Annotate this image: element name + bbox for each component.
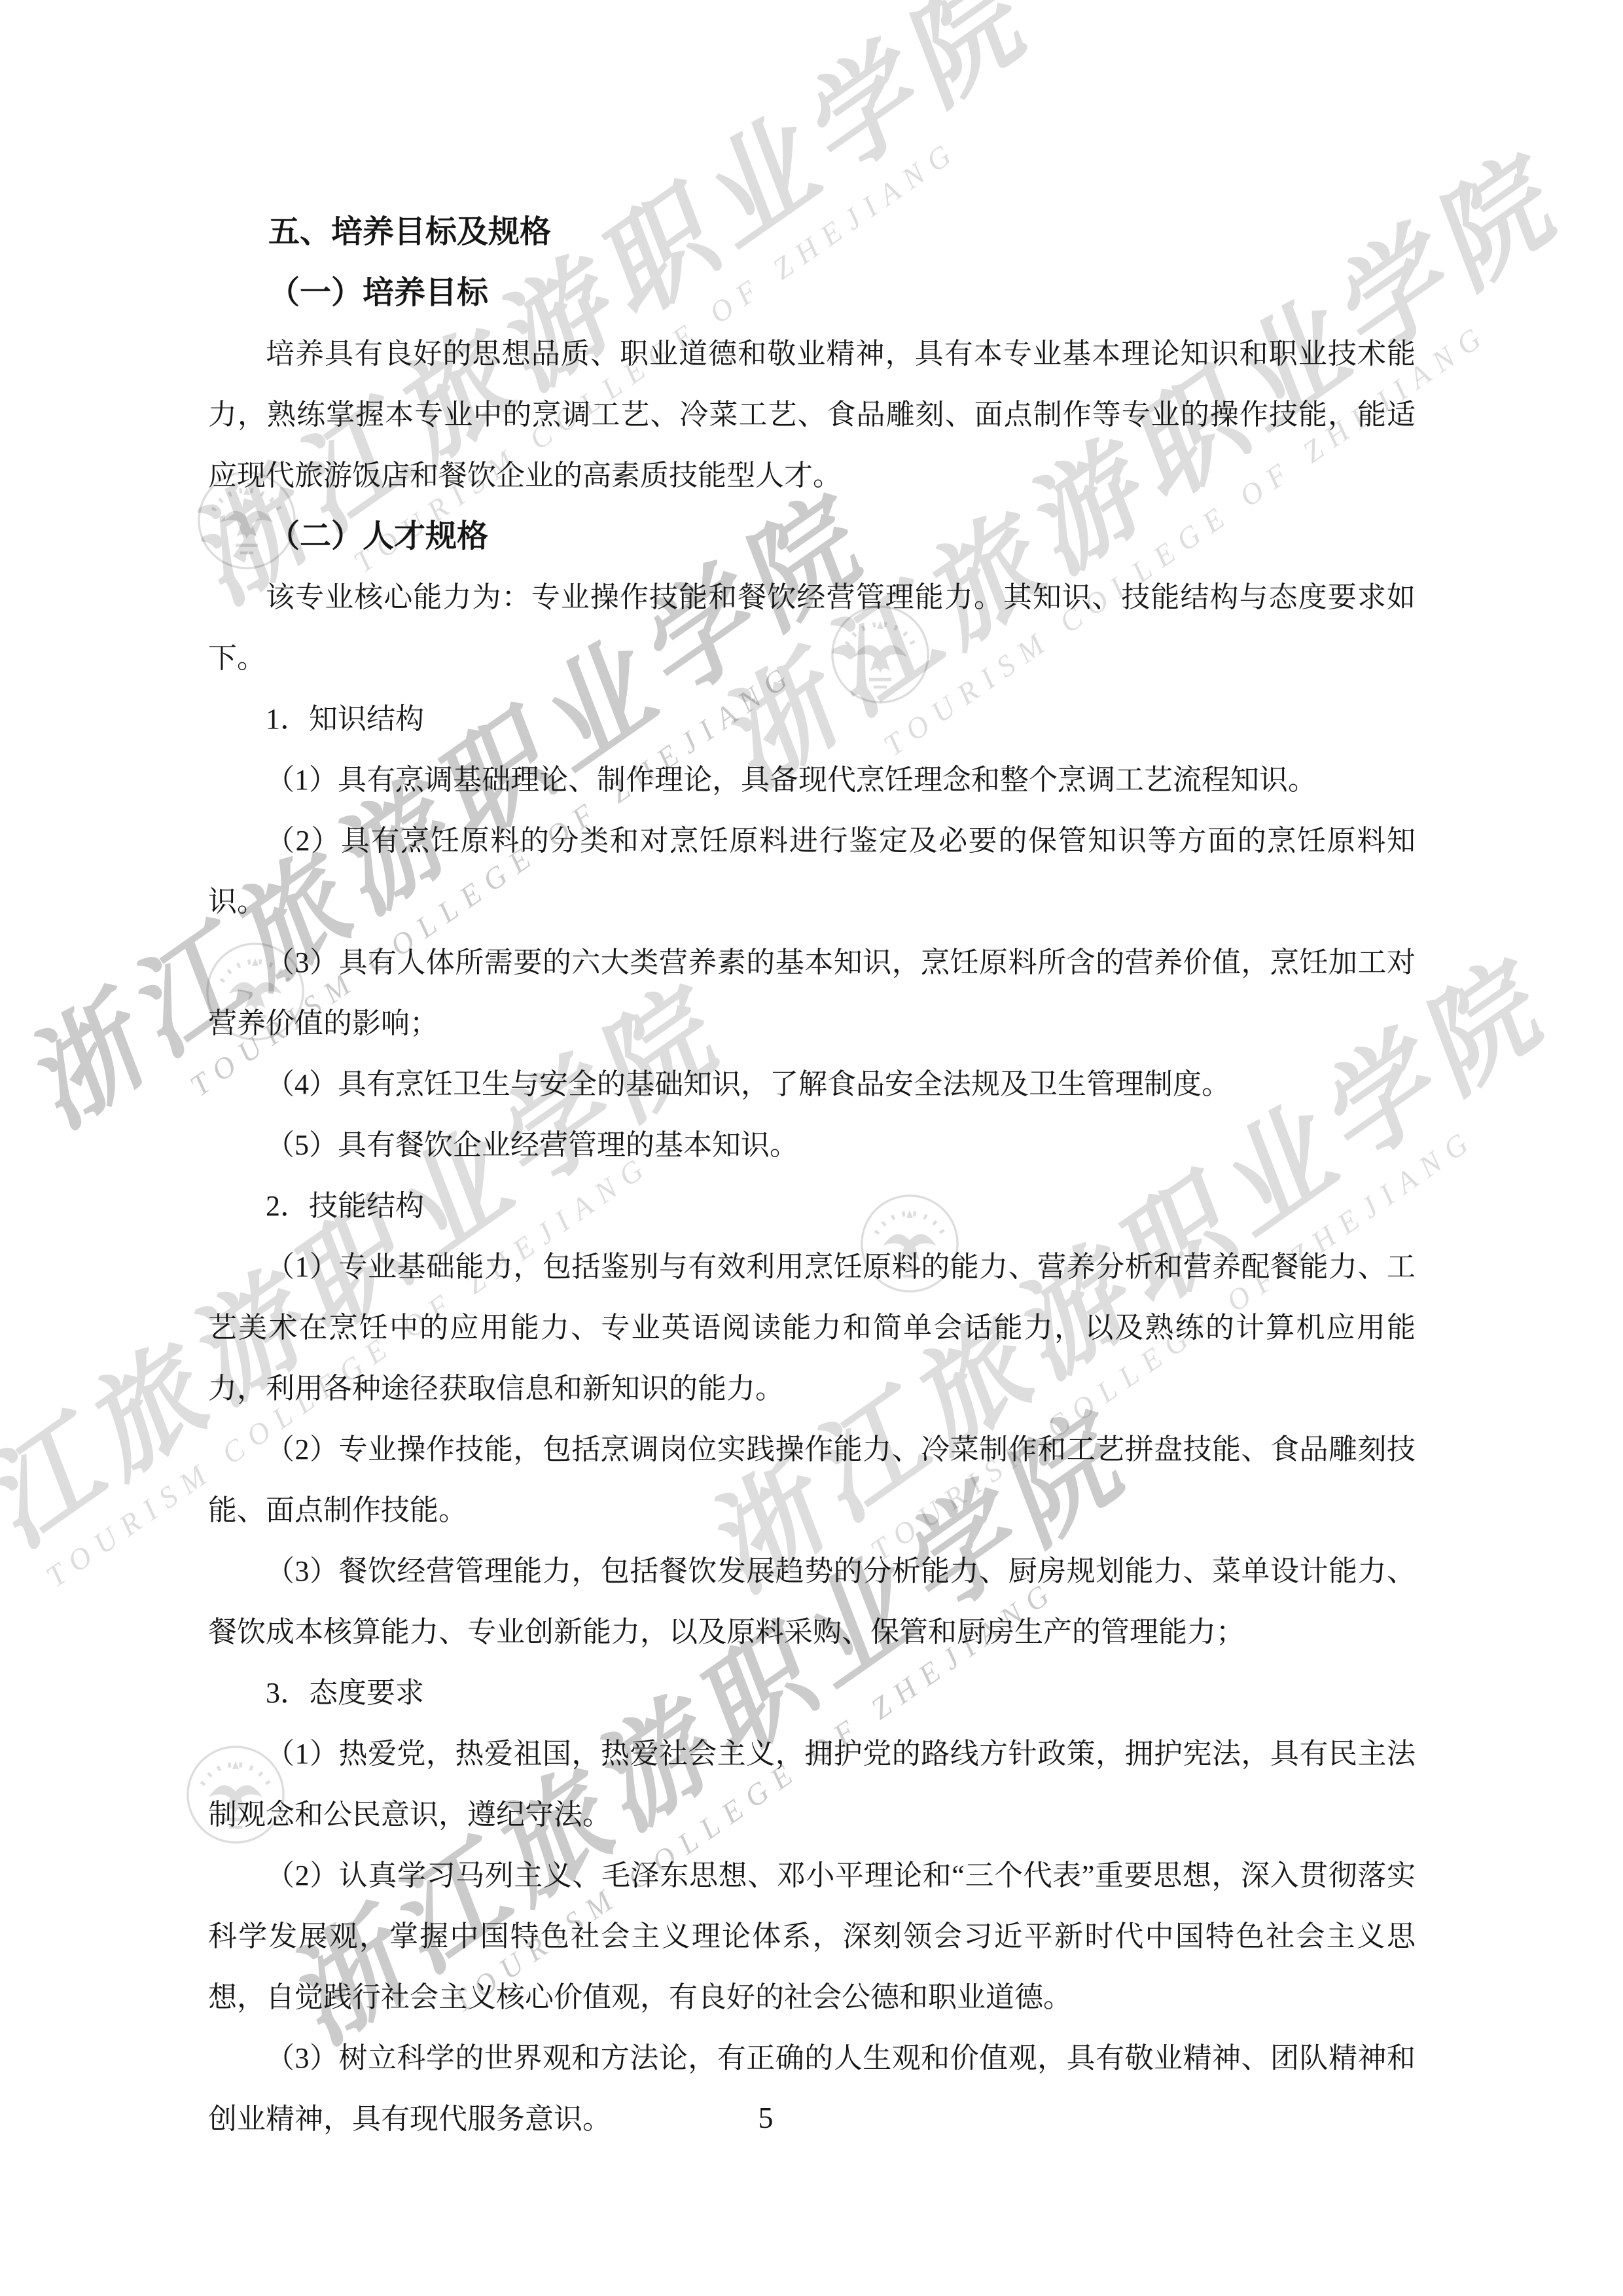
subsection-heading: （二）人才规格 bbox=[208, 506, 1416, 567]
document-body: 五、培养目标及规格 （一）培养目标 培养具有良好的思想品质、职业道德和敬业精神，… bbox=[208, 202, 1416, 2149]
list-item: （2）具有烹饪原料的分类和对烹饪原料进行鉴定及必要的保管知识等方面的烹饪原料知识… bbox=[208, 810, 1416, 932]
section-heading: 五、培养目标及规格 bbox=[208, 202, 1416, 262]
list-heading: 3．态度要求 bbox=[208, 1662, 1416, 1723]
list-heading: 2．技能结构 bbox=[208, 1175, 1416, 1236]
page-number: 5 bbox=[0, 2098, 1531, 2138]
list-item: （4）具有烹饪卫生与安全的基础知识，了解食品安全法规及卫生管理制度。 bbox=[208, 1054, 1416, 1115]
subsection-heading: （一）培养目标 bbox=[208, 262, 1416, 323]
list-item: （1）专业基础能力，包括鉴别与有效利用烹饪原料的能力、营养分析和营养配餐能力、工… bbox=[208, 1236, 1416, 1419]
list-item: （1）热爱党，热爱祖国，热爱社会主义，拥护党的路线方针政策，拥护宪法，具有民主法… bbox=[208, 1723, 1416, 1845]
list-item: （2）认真学习马列主义、毛泽东思想、邓小平理论和“三个代表”重要思想，深入贯彻落… bbox=[208, 1845, 1416, 2028]
paragraph: 该专业核心能力为：专业操作技能和餐饮经营管理能力。其知识、技能结构与态度要求如下… bbox=[208, 567, 1416, 689]
list-item: （3）餐饮经营管理能力，包括餐饮发展趋势的分析能力、厨房规划能力、菜单设计能力、… bbox=[208, 1541, 1416, 1662]
document-page: 浙江旅游职业学院 TOURISM COLLEGE OF ZHEJIANG 浙江旅… bbox=[0, 0, 1623, 2296]
list-item: （5）具有餐饮企业经营管理的基本知识。 bbox=[208, 1115, 1416, 1175]
list-item: （1）具有烹调基础理论、制作理论，具备现代烹饪理念和整个烹调工艺流程知识。 bbox=[208, 749, 1416, 810]
list-item: （2）专业操作技能，包括烹调岗位实践操作能力、冷菜制作和工艺拼盘技能、食品雕刻技… bbox=[208, 1419, 1416, 1541]
paragraph: 培养具有良好的思想品质、职业道德和敬业精神，具有本专业基本理论知识和职业技术能力… bbox=[208, 323, 1416, 506]
list-heading: 1．知识结构 bbox=[208, 689, 1416, 749]
list-item: （3）具有人体所需要的六大类营养素的基本知识，烹饪原料所含的营养价值，烹饪加工对… bbox=[208, 932, 1416, 1054]
